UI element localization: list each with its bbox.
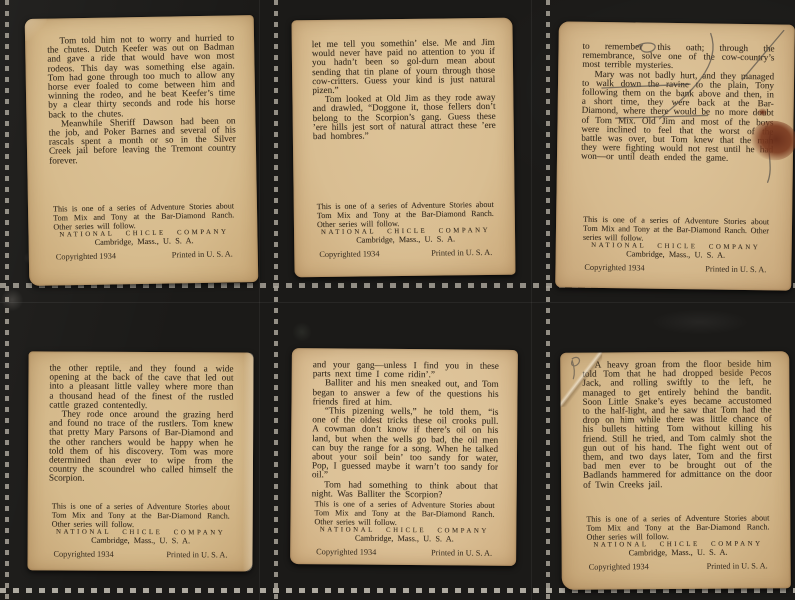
story-paragraph: Balliter and his men sneaked out, and To… [312,379,498,408]
card-story-text: Tom told him not to worry and hurried to… [47,33,236,165]
card-album-sleeve: Tom told him not to worry and hurried to… [0,0,795,600]
card-story-text: the other reptile, and they found a wide… [49,364,234,485]
copyright-line: Copyrighted 1934 [56,251,116,261]
series-note: This is one of a series of Adventure Sto… [53,201,234,232]
stitch-seam-left [5,0,9,600]
trading-card-bottom-left: the other reptile, and they found a wide… [27,351,253,571]
pocket-edge [0,302,795,303]
copyright-line: Copyrighted 1934 [53,550,113,559]
company-address: Cambridge, Mass., U. S. A. [52,536,230,545]
pocket-edge [531,0,532,600]
trading-card-top-middle: let me tell you somethin’ else. Me and J… [291,18,515,278]
stitch-seam-column-2 [546,0,550,600]
printed-line: Printed in U. S. A. [431,548,492,558]
copyright-line: Copyrighted 1934 [589,562,649,571]
series-note: This is one of a series of Adventure Sto… [583,214,769,244]
story-paragraph: They rode once around the grazing herd a… [49,410,233,485]
company-address: Cambridge, Mass., U. S. A. [314,534,494,544]
copyright-line: Copyrighted 1934 [584,263,644,273]
story-paragraph: Meanwhile Sheriff Dawson had been on the… [48,116,236,165]
card-footer: This is one of a series of Adventure Sto… [311,499,497,558]
story-paragraph: the other reptile, and they found a wide… [49,364,233,411]
card-footer: This is one of a series of Adventure Sto… [48,501,232,559]
printed-line: Printed in U. S. A. [705,264,766,274]
card-story-text: to remember this oath; through the remem… [581,42,775,164]
trading-card-top-left: Tom told him not to worry and hurried to… [25,15,259,286]
story-paragraph: Tom told him not to worry and hurried to… [47,33,235,119]
card-story-text: let me tell you somethin’ else. Me and J… [312,38,496,141]
series-note: This is one of a series of Adventure Sto… [314,499,494,528]
copyright-line: Copyrighted 1934 [316,547,376,557]
card-footer: This is one of a series of Adventure Sto… [50,201,238,262]
series-note: This is one of a series of Adventure Sto… [586,513,769,542]
story-paragraph: to remember this oath; through the remem… [582,42,774,72]
trading-card-top-right: to remember this oath; through the remem… [555,21,795,290]
story-paragraph: “This pizening wells,” he told them, “is… [312,406,499,481]
series-note: This is one of a series of Adventure Sto… [317,199,494,229]
series-note: This is one of a series of Adventure Sto… [52,501,230,529]
card-footer: This is one of a series of Adventure Sto… [583,513,772,572]
printed-line: Printed in U. S. A. [431,248,492,258]
story-paragraph: let me tell you somethin’ else. Me and J… [312,38,496,95]
pocket-edge [259,0,260,600]
story-paragraph: Tom had something to think about that ni… [312,480,498,500]
trading-card-bottom-middle: and your gang—unless I find you in these… [290,348,518,566]
stitch-seam-column-1 [274,0,278,600]
printed-line: Printed in U. S. A. [707,561,768,570]
stain [758,108,768,116]
story-paragraph: Mary was not badly hurt, and they manage… [581,69,774,164]
printed-line: Printed in U. S. A. [166,550,227,559]
card-footer: This is one of a series of Adventure Sto… [579,214,772,274]
copyright-line: Copyrighted 1934 [319,249,379,259]
card-story-text: and your gang—unless I find you in these… [312,360,499,500]
trading-card-bottom-right: A heavy groan from the floor beside him … [560,351,791,590]
printed-line: Printed in U. S. A. [172,249,233,259]
card-footer: This is one of a series of Adventure Sto… [314,199,498,259]
company-address: Cambridge, Mass., U. S. A. [587,548,770,557]
story-paragraph: Tom looked at Old Jim as they rode away … [312,93,496,141]
